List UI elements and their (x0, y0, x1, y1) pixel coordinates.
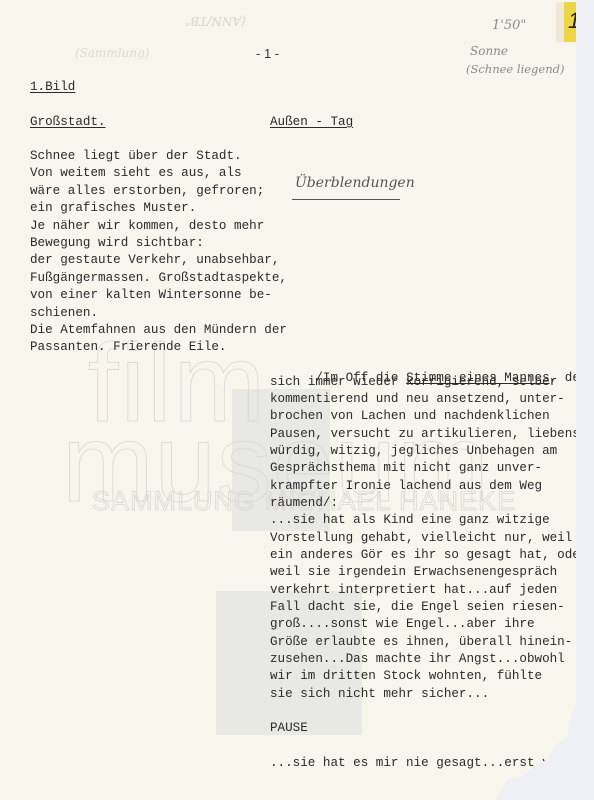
voice-over-line: ein anderes Gör es ihr so gesagt hat, od… (270, 548, 587, 562)
description-line: Die Atemfahnen aus den Mündern der (30, 323, 287, 337)
duration-note: 1'50" (492, 18, 526, 33)
overlay-note: Überblendungen (295, 175, 415, 191)
voice-over-line: würdig, witzig, jegliches Unbehagen am (270, 444, 557, 458)
description-line: Schnee liegt über der Stadt. (30, 149, 242, 163)
continuation-line: ...sie hat es mir nie gesagt...erst viel (270, 756, 572, 770)
voice-over-line: Vorstellung gehabt, vielleicht nur, weil (270, 531, 572, 545)
voice-over-line: Gesprächsthema mit nicht ganz unver- (270, 461, 542, 475)
voice-over-line: kommentierend und neu ansetzend, unter- (270, 392, 565, 406)
description-line: von einer kalten Wintersonne be- (30, 288, 272, 302)
script-page: film museum SAMMLUNG MICHAEL HANEKE (ANN… (0, 0, 576, 800)
voice-over-line: sich immer wieder korrigierend, selber (270, 375, 557, 389)
time-of-day-heading: Außen - Tag (270, 115, 353, 129)
voice-over-line: krampfter Ironie lachend aus dem Weg (270, 479, 542, 493)
description-line: Fußgängermassen. Großstadtaspekte, (30, 271, 287, 285)
location-heading: Großstadt. (30, 115, 106, 129)
voice-over-line: sie sich nicht mehr sicher... (270, 687, 489, 701)
sound-note-snow: (Schnee liegend) (466, 62, 564, 76)
voice-over-line: groß....sonst wie Engel...aber ihre (270, 617, 535, 631)
voice-over-line: räumend/: (270, 496, 338, 510)
description-line: Je näher wir kommen, desto mehr (30, 219, 264, 233)
voice-over-line: zusehen...Das machte ihr Angst...obwohl (270, 652, 565, 666)
page-tab-number: 1 (568, 8, 580, 34)
description-line: der gestaute Verkehr, unabsehbar, (30, 253, 279, 267)
voice-over-line: wir im dritten Stock wohnten, fühlte (270, 669, 542, 683)
overlay-note-underline (292, 199, 400, 200)
description-line: wäre alles erstorben, gefroren; (30, 184, 264, 198)
voice-over-line: Pausen, versucht zu artikulieren, lieben… (270, 427, 587, 441)
voice-over-line: Größe erlaubte es ihnen, überall hinein- (270, 635, 572, 649)
description-line: Bewegung wird sichtbar: (30, 236, 204, 250)
sound-note-sun: Sonne (470, 44, 508, 58)
faint-top-note: (ANN/TB" (185, 14, 246, 28)
scene-heading: 1.Bild (30, 80, 75, 94)
description-line: ein grafisches Muster. (30, 201, 196, 215)
faint-left-note: (Sammlung) (75, 46, 149, 60)
voice-over-line: verkehrt interpretiert hat...auf jeden (270, 583, 557, 597)
description-line: Von weitem sieht es aus, als (30, 166, 242, 180)
voice-over-line: brochen von Lachen und nachdenklichen (270, 409, 550, 423)
description-line: Passanten. Frierende Eile. (30, 340, 227, 354)
voice-over-line: Fall dacht sie, die Engel seien riesen- (270, 600, 565, 614)
page-number: - 1 - (256, 46, 279, 61)
description-line: schienen. (30, 306, 98, 320)
voice-over-line: ...sie hat als Kind eine ganz witzige (270, 513, 550, 527)
voice-over-line: weil sie irgendein Erwachsenengespräch (270, 565, 557, 579)
pause-direction: PAUSE (270, 721, 308, 735)
